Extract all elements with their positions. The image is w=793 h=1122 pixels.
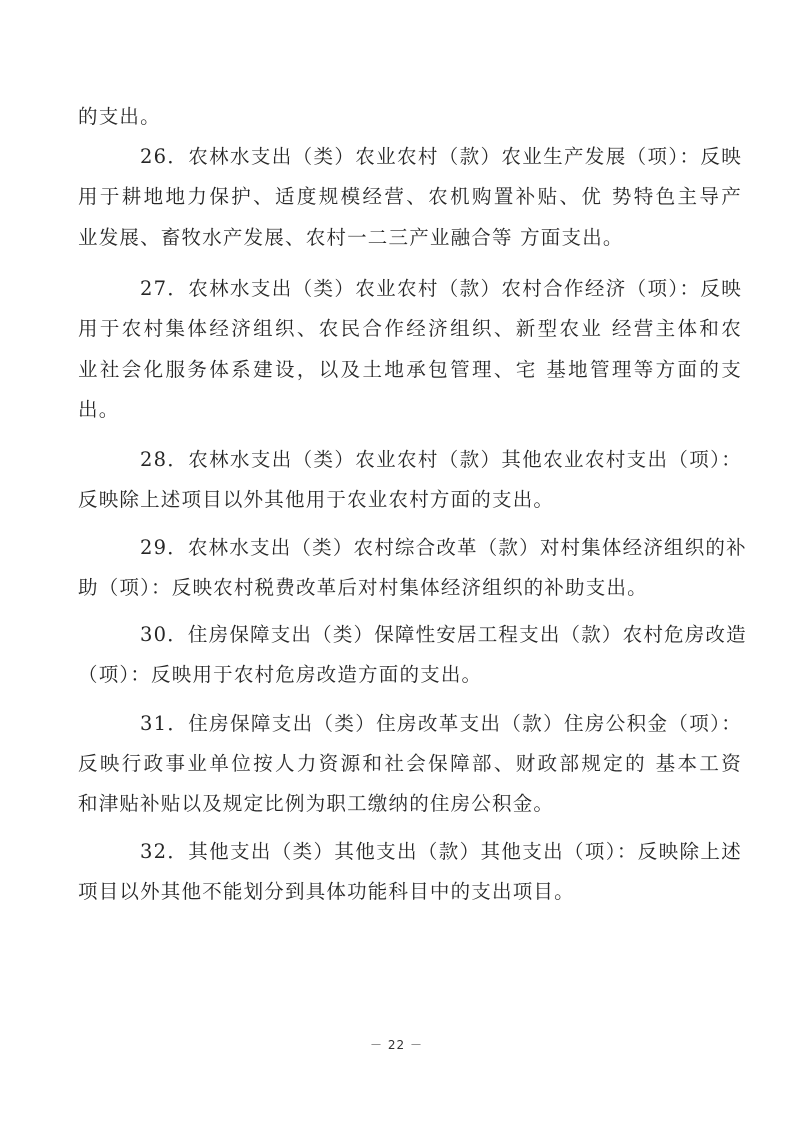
paragraph-line: 用于农村集体经济组织、农民合作经济组织、新型农业 经营主体和农 <box>78 316 742 342</box>
paragraph-line: 出。 <box>78 397 742 423</box>
document-page: 的支出。26．农林水支出（类）农业农村（款）农业生产发展（项）：反映用于耕地地力… <box>0 0 793 1122</box>
paragraph-line: 项目以外其他不能划分到具体功能科目中的支出项目。 <box>78 879 742 905</box>
page-number: － 22 － <box>0 1036 793 1053</box>
paragraph-line: 助（项）：反映农村税费改革后对村集体经济组织的补助支出。 <box>78 575 742 601</box>
paragraph-first-line: 28．农林水支出（类）农业农村（款）其他农业农村支出（项）： <box>140 447 742 473</box>
paragraph-line: 业发展、畜牧水产发展、农村一二三产业融合等 方面支出。 <box>78 225 742 251</box>
paragraph-first-line: 29．农林水支出（类）农村综合改革（款）对村集体经济组织的补 <box>140 535 742 561</box>
paragraph-first-line: 30．住房保障支出（类）保障性安居工程支出（款）农村危房改造 <box>140 622 742 648</box>
paragraph-first-line: 32．其他支出（类）其他支出（款）其他支出（项）：反映除上述 <box>140 839 742 865</box>
paragraph-first-line: 27．农林水支出（类）农业农村（款）农村合作经济（项）：反映 <box>140 276 742 302</box>
paragraph-line: 反映除上述项目以外其他用于农业农村方面的支出。 <box>78 487 742 513</box>
paragraph-line: 和津贴补贴以及规定比例为职工缴纳的住房公积金。 <box>78 791 742 817</box>
paragraph-line: 的支出。 <box>78 104 742 130</box>
paragraph-line: 反映行政事业单位按人力资源和社会保障部、财政部规定的 基本工资 <box>78 751 742 777</box>
paragraph-first-line: 31．住房保障支出（类）住房改革支出（款）住房公积金（项）： <box>140 711 742 737</box>
paragraph-line: 业社会化服务体系建设，以及土地承包管理、宅 基地管理等方面的支 <box>78 357 742 383</box>
paragraph-line: 用于耕地地力保护、适度规模经营、农机购置补贴、优 势特色主导产 <box>78 184 742 210</box>
paragraph-first-line: 26．农林水支出（类）农业农村（款）农业生产发展（项）：反映 <box>140 144 742 170</box>
paragraph-line: （项）：反映用于农村危房改造方面的支出。 <box>78 662 742 688</box>
